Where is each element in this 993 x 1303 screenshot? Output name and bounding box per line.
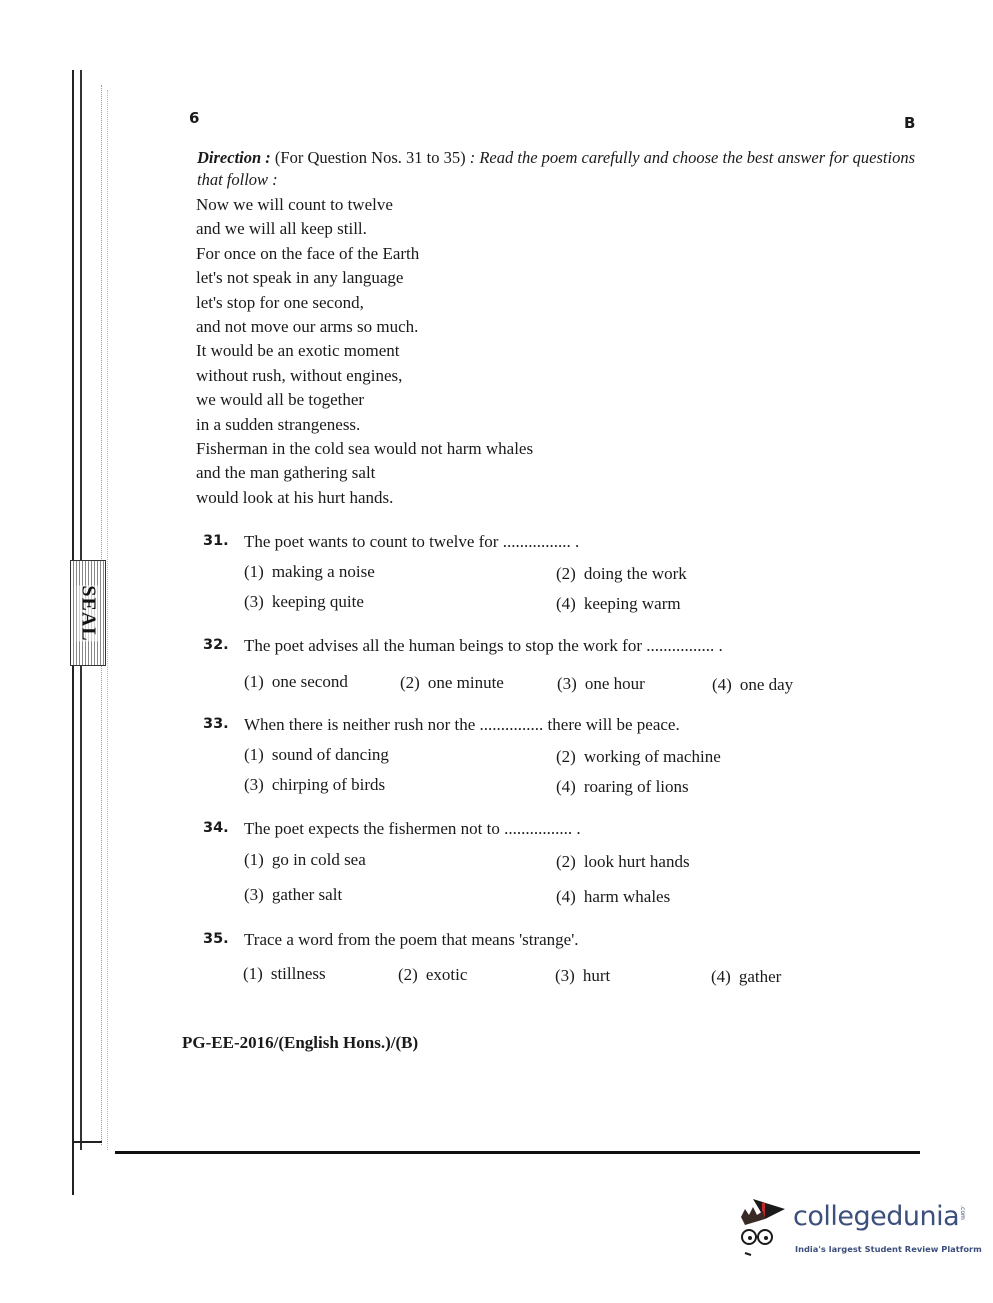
option-3[interactable]: (3)one hour	[557, 674, 645, 694]
direction-text: Direction : (For Question Nos. 31 to 35)…	[197, 147, 917, 191]
option-3[interactable]: (3)keeping quite	[244, 592, 364, 612]
option-1[interactable]: (1)making a noise	[244, 562, 375, 582]
question-number: 32.	[203, 637, 229, 653]
option-3[interactable]: (3)gather salt	[244, 885, 342, 905]
option-4[interactable]: (4)one day	[712, 675, 793, 695]
poem-line: let's not speak in any language	[196, 266, 533, 290]
seal-stamp: SEAL	[70, 560, 106, 666]
corner-mark	[72, 1141, 102, 1143]
option-2[interactable]: (2)one minute	[400, 673, 504, 693]
poem-line: For once on the face of the Earth	[196, 242, 533, 266]
question-number: 35.	[203, 931, 229, 947]
option-3[interactable]: (3)chirping of birds	[244, 775, 385, 795]
direction-label: Direction :	[197, 148, 271, 167]
option-2[interactable]: (2)exotic	[398, 965, 467, 985]
option-1[interactable]: (1)go in cold sea	[244, 850, 366, 870]
direction-range: (For Question Nos. 31 to 35)	[275, 148, 466, 167]
bottom-rule	[115, 1151, 920, 1154]
question-text: The poet advises all the human beings to…	[244, 636, 723, 656]
mascot-icon	[735, 1195, 795, 1257]
poem-line: Now we will count to twelve	[196, 193, 533, 217]
poem-line: would look at his hurt hands.	[196, 486, 533, 510]
poem-line: and not move our arms so much.	[196, 315, 533, 339]
question-number: 31.	[203, 533, 229, 549]
poem-line: let's stop for one second,	[196, 291, 533, 315]
option-4[interactable]: (4)harm whales	[556, 887, 670, 907]
poem-line: and we will all keep still.	[196, 217, 533, 241]
set-code: B	[904, 114, 915, 132]
collegedunia-logo[interactable]: collegedunia .com India's largest Studen…	[735, 1195, 965, 1265]
paper-code: PG-EE-2016/(English Hons.)/(B)	[182, 1033, 418, 1053]
poem-line: Fisherman in the cold sea would not harm…	[196, 437, 533, 461]
poem-line: we would all be together	[196, 388, 533, 412]
poem-line: It would be an exotic moment	[196, 339, 533, 363]
brand-suffix: .com	[959, 1205, 966, 1220]
option-3[interactable]: (3)hurt	[555, 966, 610, 986]
brand-name: collegedunia	[793, 1201, 959, 1232]
question-number: 34.	[203, 820, 229, 836]
brand-tagline: India's largest Student Review Platform	[795, 1244, 982, 1254]
page-number: 6	[189, 109, 199, 127]
seal-stamp-text: SEAL	[77, 585, 100, 641]
perforation-line	[107, 90, 108, 1150]
option-4[interactable]: (4)keeping warm	[556, 594, 681, 614]
question-text: Trace a word from the poem that means 's…	[244, 930, 579, 950]
option-4[interactable]: (4)gather	[711, 967, 781, 987]
poem: Now we will count to twelve and we will …	[196, 193, 533, 510]
option-1[interactable]: (1)stillness	[243, 964, 326, 984]
poem-line: without rush, without engines,	[196, 364, 533, 388]
option-2[interactable]: (2)working of machine	[556, 747, 721, 767]
option-4[interactable]: (4)roaring of lions	[556, 777, 689, 797]
option-2[interactable]: (2)doing the work	[556, 564, 687, 584]
poem-line: in a sudden strangeness.	[196, 413, 533, 437]
poem-line: and the man gathering salt	[196, 461, 533, 485]
question-text: The poet wants to count to twelve for ..…	[244, 532, 579, 552]
question-text: When there is neither rush nor the .....…	[244, 715, 680, 735]
question-number: 33.	[203, 716, 229, 732]
option-2[interactable]: (2)look hurt hands	[556, 852, 690, 872]
option-1[interactable]: (1)one second	[244, 672, 348, 692]
option-1[interactable]: (1)sound of dancing	[244, 745, 389, 765]
question-text: The poet expects the fishermen not to ..…	[244, 819, 581, 839]
